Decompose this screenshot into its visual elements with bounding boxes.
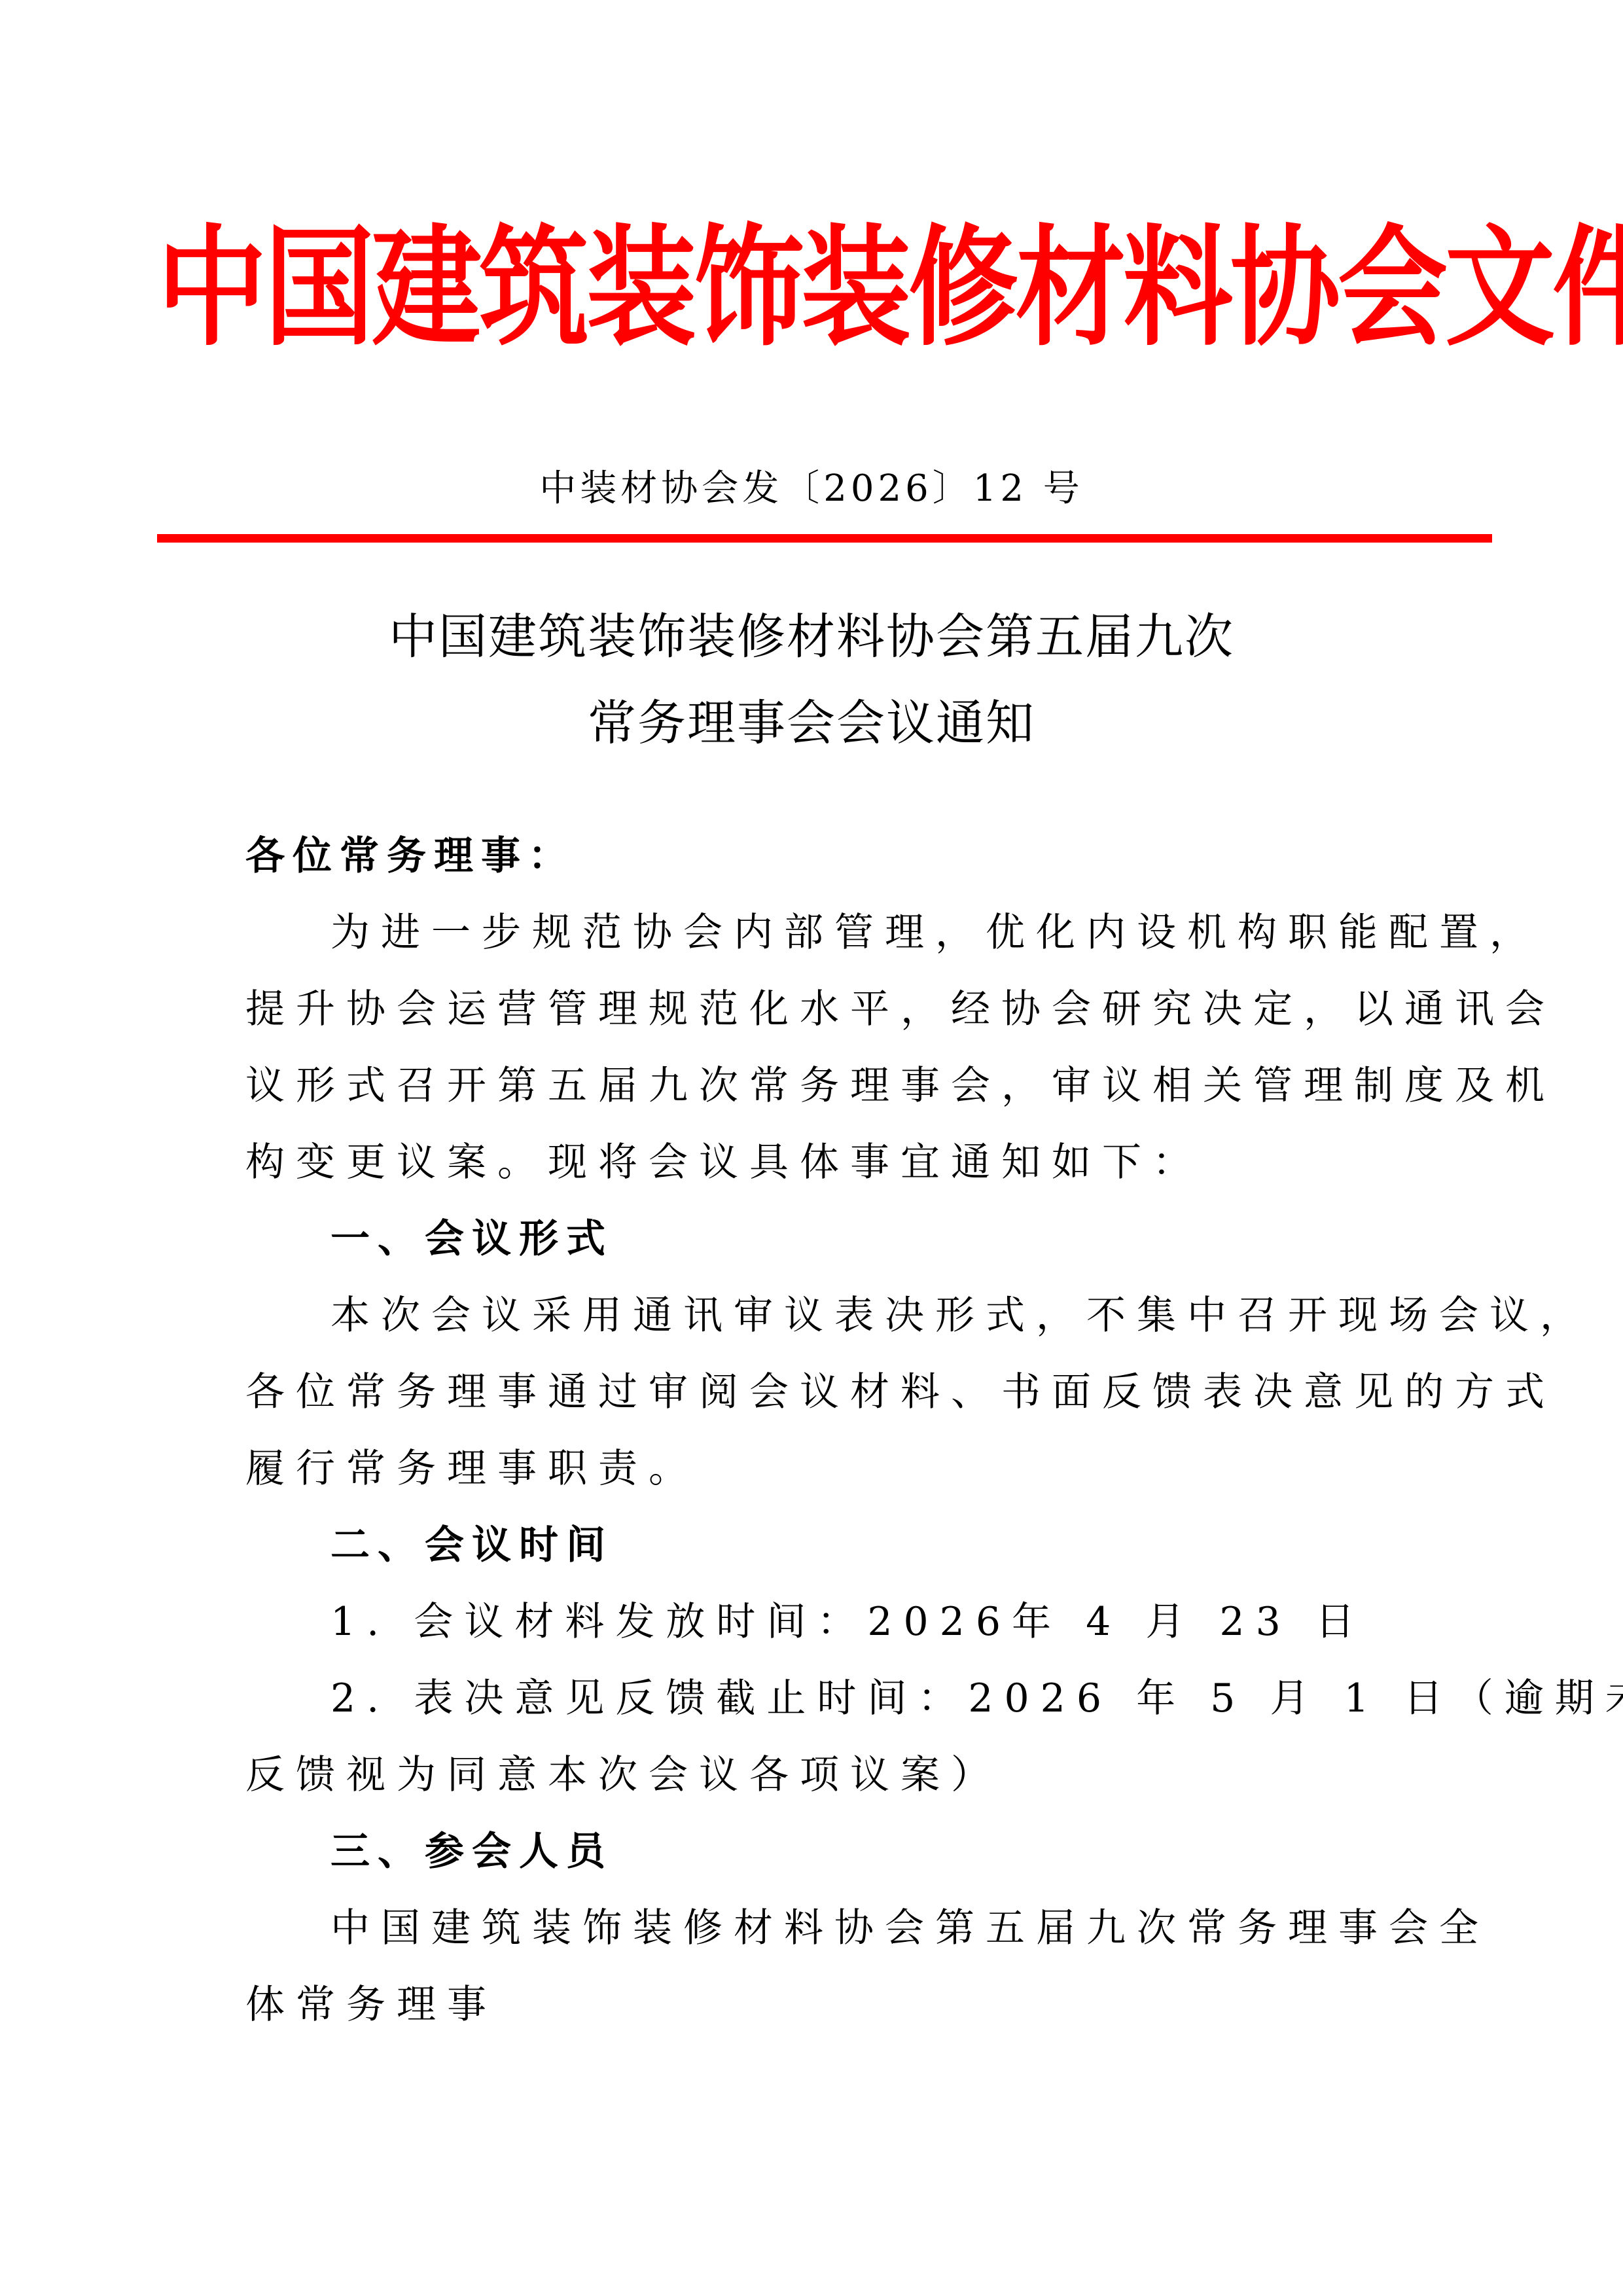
intro-line: 议形式召开第五届九次常务理事会，审议相关管理制度及机: [245, 1060, 1556, 1112]
section-line: 履行常务理事职责。: [245, 1443, 699, 1495]
notice-title-line-1: 中国建筑装饰装修材料协会第五届九次: [0, 607, 1623, 666]
section-line: 反馈视为同意本次会议各项议案）: [245, 1749, 1001, 1801]
section-heading-attendees: 三、参会人员: [330, 1825, 613, 1878]
section-line: 各位常务理事通过审阅会议材料、书面反馈表决意见的方式: [245, 1366, 1556, 1418]
section-line: 体常务理事: [245, 1979, 497, 2031]
section-line: 中国建筑装饰装修材料协会第五届九次常务理事会全: [330, 1902, 1489, 1954]
document-number: 中装材协会发〔2026〕12 号: [0, 466, 1623, 512]
intro-line: 提升协会运营管理规范化水平，经协会研究决定，以通讯会: [245, 983, 1556, 1035]
section-line: 1. 会议材料发放时间：2026年 4 月 23 日: [330, 1596, 1366, 1648]
masthead-title: 中国建筑装饰装修材料协会文件: [157, 203, 1518, 373]
document-page: 中国建筑装饰装修材料协会文件 中装材协会发〔2026〕12 号 中国建筑装饰装修…: [0, 0, 1623, 2296]
section-line: 本次会议采用通讯审议表决形式，不集中召开现场会议，: [330, 1289, 1590, 1342]
salutation: 各位常务理事：: [245, 830, 575, 882]
intro-line: 为进一步规范协会内部管理，优化内设机构职能配置，: [330, 906, 1540, 959]
intro-line: 构变更议案。现将会议具体事宜通知如下：: [245, 1136, 1203, 1189]
section-line: 2. 表决意见反馈截止时间：2026 年 5 月 1 日（逾期未: [330, 1672, 1623, 1725]
red-divider-line: [157, 534, 1492, 543]
section-heading-meeting-time: 二、会议时间: [330, 1519, 613, 1571]
section-heading-meeting-format: 一、会议形式: [330, 1213, 613, 1265]
notice-title-line-2: 常务理事会会议通知: [0, 694, 1623, 753]
